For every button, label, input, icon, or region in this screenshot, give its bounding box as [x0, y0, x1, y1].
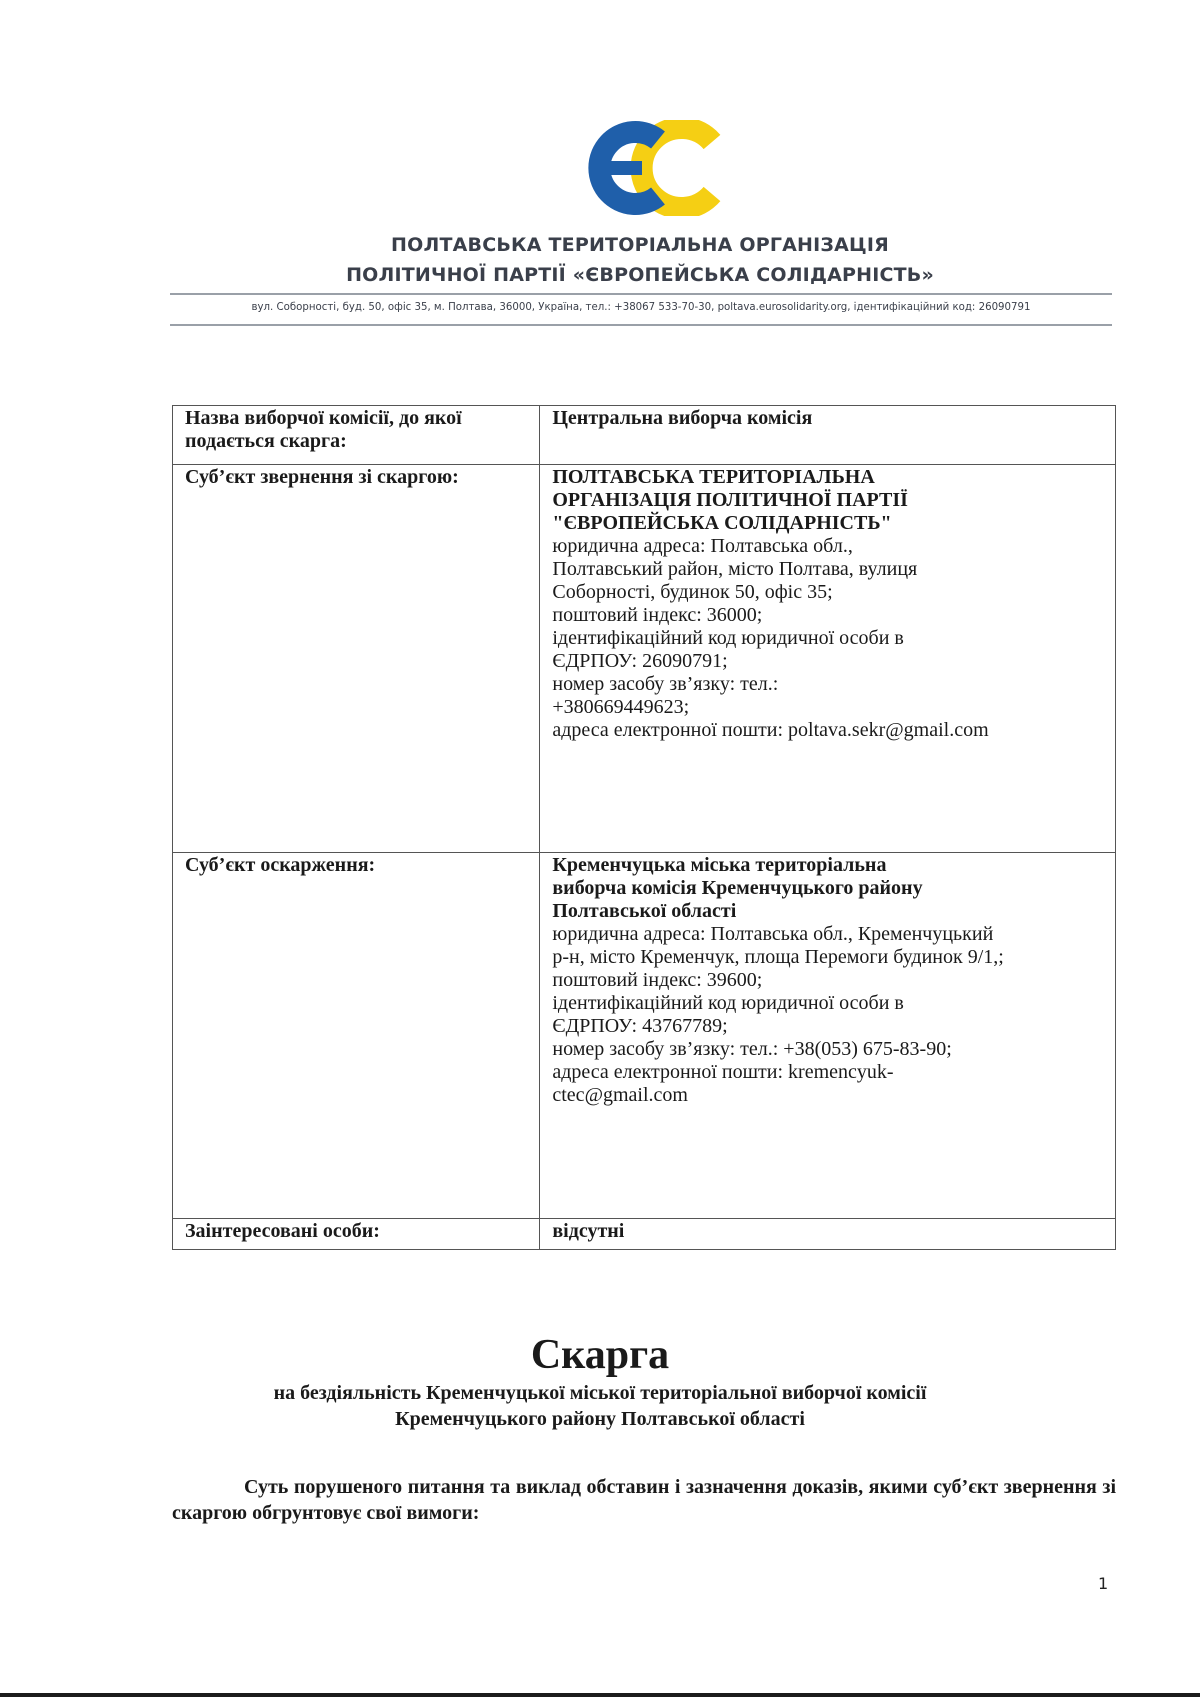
row-value: Кременчуцька міська територіальнавиборча… [540, 853, 1116, 1219]
org-title-line2: ПОЛІТИЧНОЇ ПАРТІЇ «ЄВРОПЕЙСЬКА СОЛІДАРНІ… [170, 264, 1110, 286]
value-line: Соборності, будинок 50, офіс 35; [552, 581, 1103, 604]
table-row: Заінтересовані особи:відсутні [173, 1219, 1116, 1250]
value-bold-line: виборча комісія Кременчуцького району [552, 877, 1103, 900]
value-bold-line: Полтавської області [552, 900, 1103, 923]
row-value: ПОЛТАВСЬКА ТЕРИТОРІАЛЬНАОРГАНІЗАЦІЯ ПОЛІ… [540, 465, 1116, 853]
value-line: поштовий індекс: 36000; [552, 604, 1103, 627]
complaint-subtitle-line1: на бездіяльність Кременчуцької міської т… [0, 1380, 1200, 1406]
value-bold-line: Кременчуцька міська територіальна [552, 854, 1103, 877]
complaint-title: Скарга [0, 1331, 1200, 1379]
ec-party-logo-icon [580, 120, 730, 216]
value-line: юридична адреса: Полтавська обл., [552, 535, 1103, 558]
letterhead-divider-bottom [170, 324, 1112, 326]
value-line: адреса електронної пошти: kremencyuk- [552, 1061, 1103, 1084]
row-label: Заінтересовані особи: [173, 1219, 540, 1250]
value-line: адреса електронної пошти: poltava.sekr@g… [552, 719, 1103, 742]
value-line: ctec@gmail.com [552, 1084, 1103, 1107]
table-row: Суб’єкт оскарження:Кременчуцька міська т… [173, 853, 1116, 1219]
value-bold-line: ОРГАНІЗАЦІЯ ПОЛІТИЧНОЇ ПАРТІЇ [552, 489, 1103, 512]
value-bold-line: ПОЛТАВСЬКА ТЕРИТОРІАЛЬНА [552, 466, 1103, 489]
row-label: Назва виборчої комісії, до якої подаєтьс… [173, 406, 540, 465]
page-edge [0, 1693, 1200, 1697]
row-value: Центральна виборча комісія [540, 406, 1116, 465]
org-title-line1: ПОЛТАВСЬКА ТЕРИТОРІАЛЬНА ОРГАНІЗАЦІЯ [170, 234, 1110, 256]
page-number: 1 [1098, 1574, 1108, 1593]
value-line: ідентифікаційний код юридичної особи в [552, 992, 1103, 1015]
complaint-subtitle-line2: Кременчуцького району Полтавської област… [0, 1406, 1200, 1432]
value-line: ЄДРПОУ: 26090791; [552, 650, 1103, 673]
table-row: Суб’єкт звернення зі скаргою:ПОЛТАВСЬКА … [173, 465, 1116, 853]
document-page: ПОЛТАВСЬКА ТЕРИТОРІАЛЬНА ОРГАНІЗАЦІЯ ПОЛ… [0, 0, 1200, 1693]
value-line: Полтавський район, місто Полтава, вулиця [552, 558, 1103, 581]
complaint-essence-heading: Суть порушеного питання та виклад обстав… [172, 1474, 1116, 1526]
value-line: номер засобу зв’язку: тел.: +38(053) 675… [552, 1038, 1103, 1061]
org-contact-line: вул. Соборності, буд. 50, офіс 35, м. По… [170, 302, 1112, 313]
value-line: ЄДРПОУ: 43767789; [552, 1015, 1103, 1038]
table-row: Назва виборчої комісії, до якої подаєтьс… [173, 406, 1116, 465]
row-label: Суб’єкт звернення зі скаргою: [173, 465, 540, 853]
row-value: відсутні [540, 1219, 1116, 1250]
value-line: юридична адреса: Полтавська обл., Кремен… [552, 923, 1103, 946]
row-label: Суб’єкт оскарження: [173, 853, 540, 1219]
complaint-info-table: Назва виборчої комісії, до якої подаєтьс… [172, 405, 1116, 1250]
value-line: номер засобу зв’язку: тел.: [552, 673, 1103, 696]
value-line: ідентифікаційний код юридичної особи в [552, 627, 1103, 650]
value-bold-line: Центральна виборча комісія [552, 407, 1103, 430]
value-line: р-н, місто Кременчук, площа Перемоги буд… [552, 946, 1103, 969]
letterhead-divider-top [170, 293, 1112, 295]
value-bold-line: відсутні [552, 1220, 1103, 1243]
value-bold-line: "ЄВРОПЕЙСЬКА СОЛІДАРНІСТЬ" [552, 512, 1103, 535]
value-line: поштовий індекс: 39600; [552, 969, 1103, 992]
value-line: +380669449623; [552, 696, 1103, 719]
